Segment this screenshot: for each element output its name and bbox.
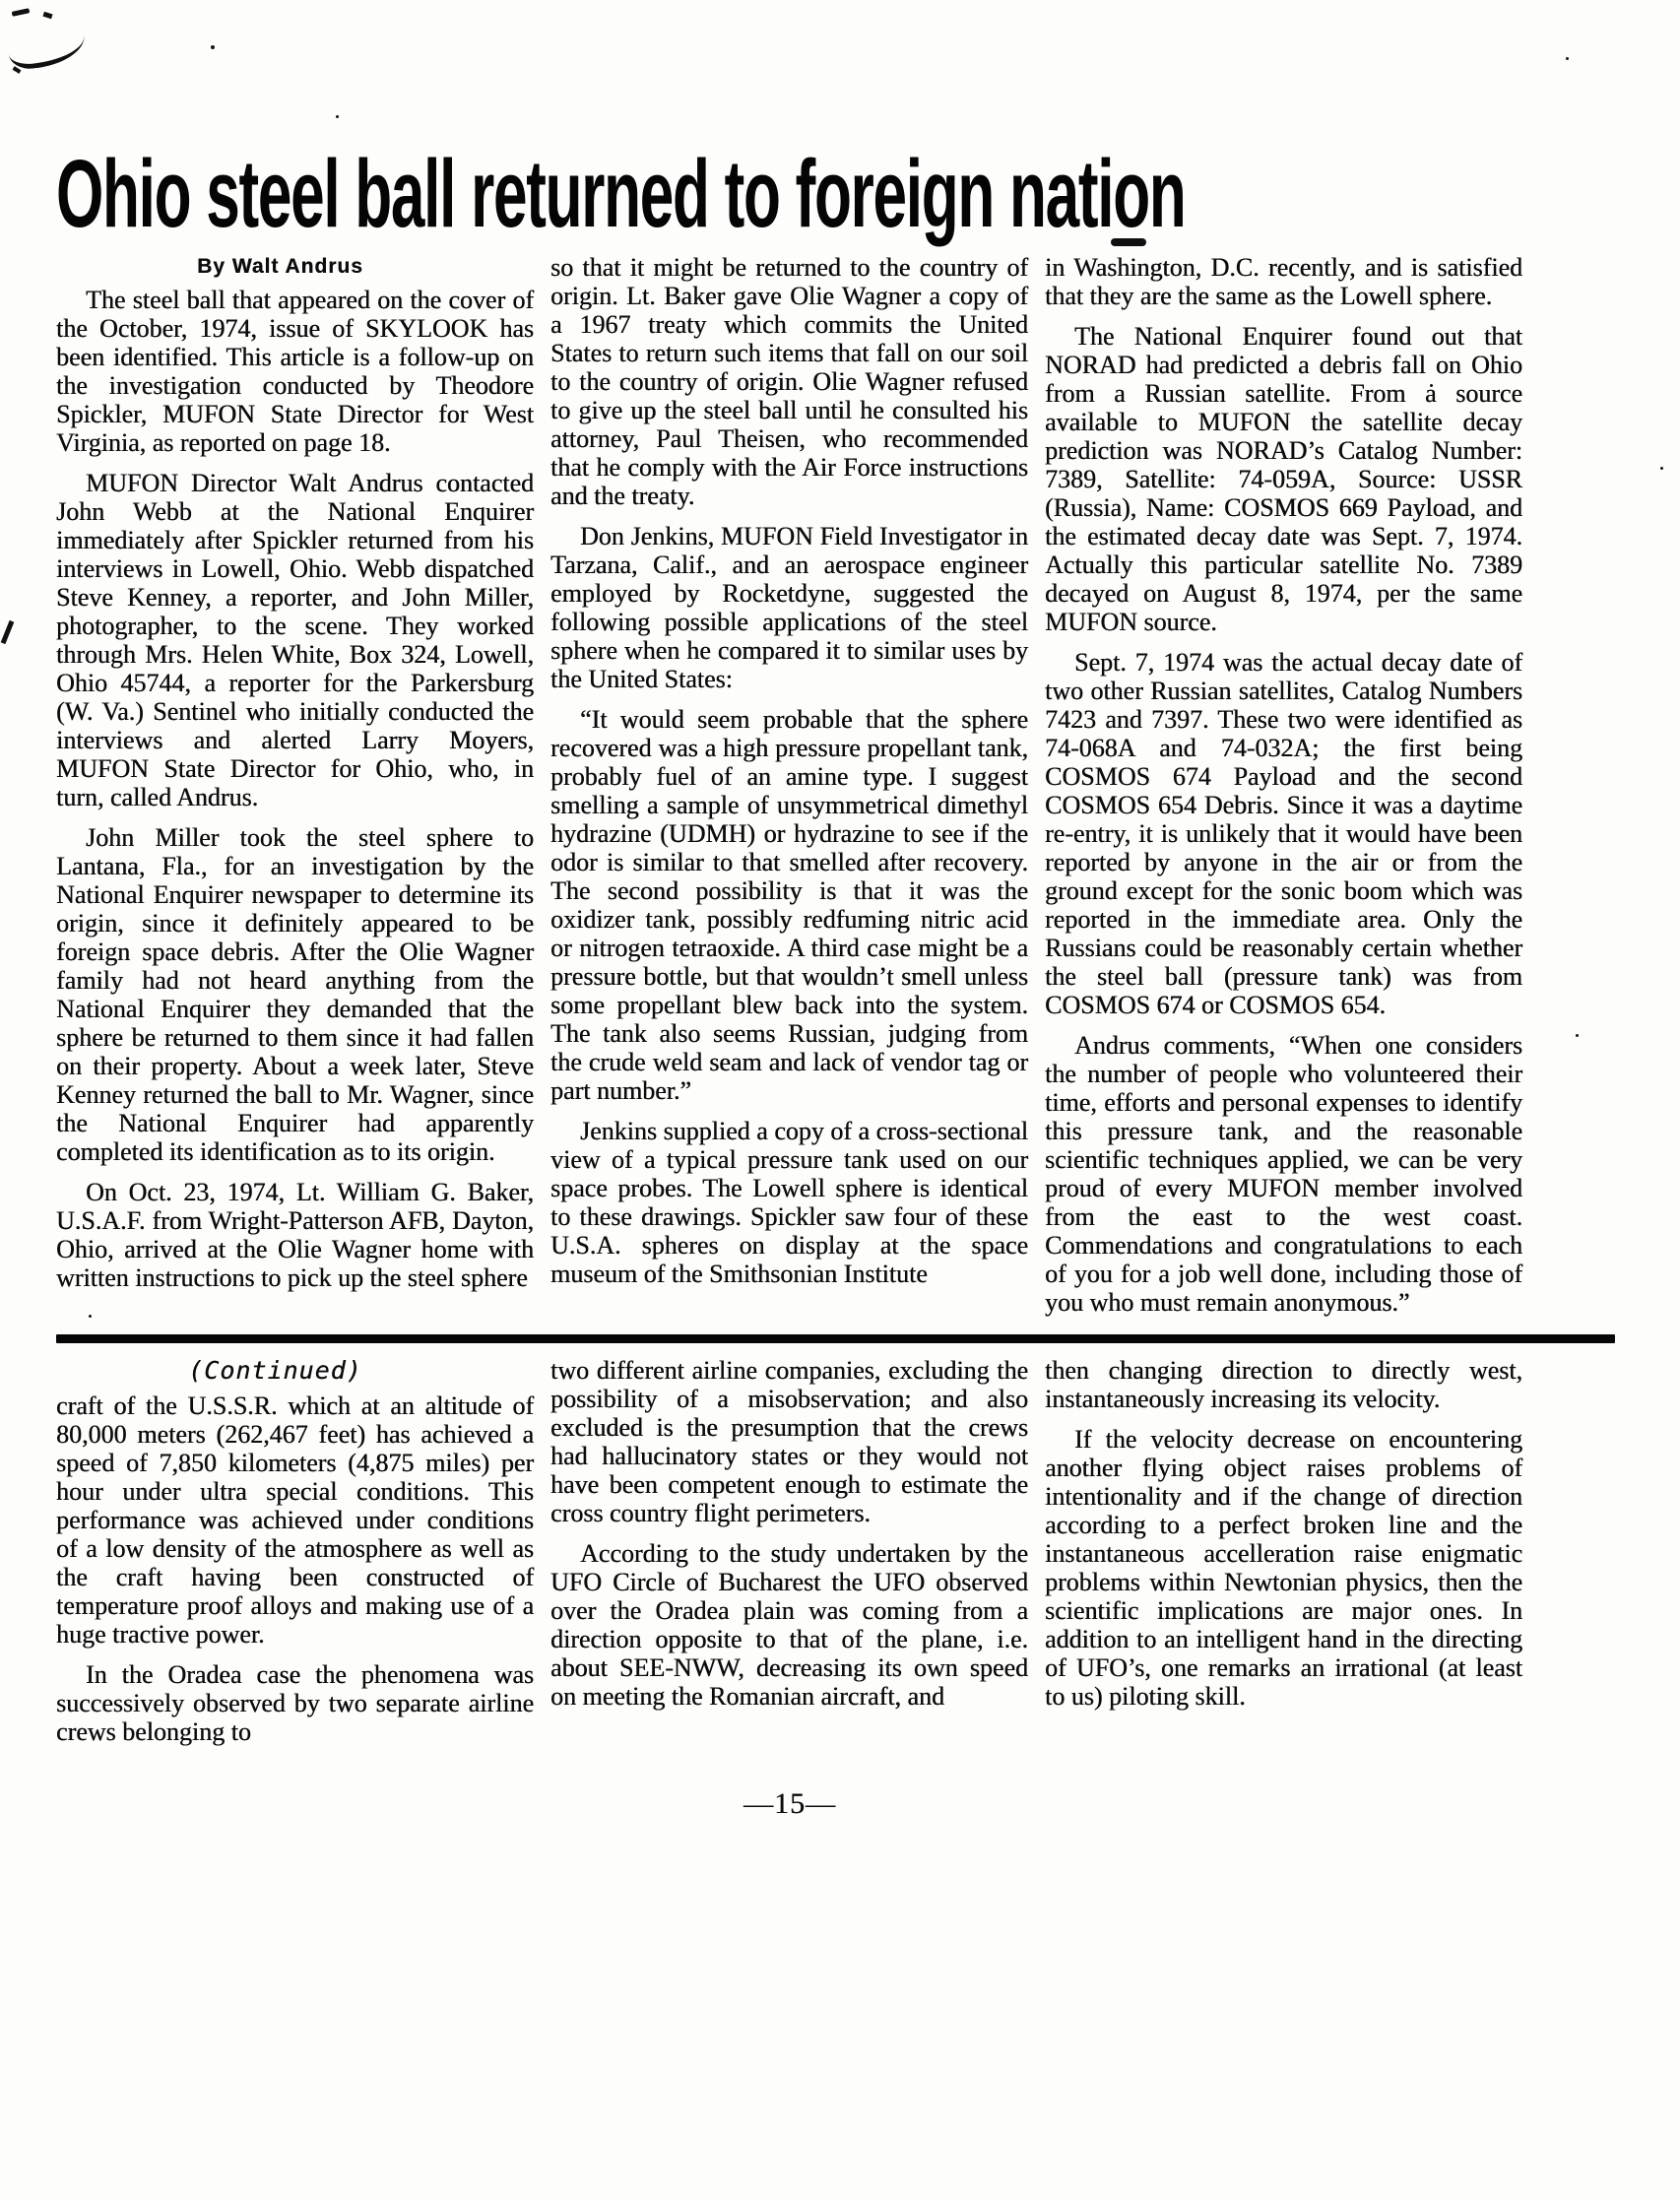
byline: By Walt Andrus [56, 255, 504, 279]
article-content: Ohio steel ball returned to foreign nati… [56, 146, 1523, 1821]
paragraph: Andrus comments, “When one considers the… [1045, 1031, 1522, 1317]
paragraph: Sept. 7, 1974 was the actual decay date … [1045, 648, 1522, 1019]
pen-mark [1, 620, 15, 644]
top-column-2: so that it might be returned to the coun… [550, 253, 1028, 1317]
paragraph: If the velocity decrease on encountering… [1045, 1425, 1522, 1711]
bottom-column-2: two different airline companies, excludi… [550, 1356, 1028, 1746]
bottom-column-1: (Continued) craft of the U.S.S.R. which … [56, 1356, 534, 1746]
newsletter-page: Ohio steel ball returned to foreign nati… [0, 0, 1680, 2200]
continued-label: (Continued) [56, 1356, 494, 1385]
top-column-1: By Walt Andrus The steel ball that appea… [56, 253, 534, 1317]
ink-speck [1660, 467, 1663, 470]
paragraph: John Miller took the steel sphere to Lan… [56, 823, 534, 1166]
paragraph: “It would seem probable that the sphere … [550, 705, 1028, 1105]
paragraph: The steel ball that appeared on the cove… [56, 286, 534, 457]
paragraph: Don Jenkins, MUFON Field Investigator in… [550, 522, 1028, 693]
section-divider [56, 1334, 1615, 1343]
article-bottom-section: (Continued) craft of the U.S.S.R. which … [56, 1356, 1523, 1746]
paragraph: so that it might be returned to the coun… [550, 253, 1028, 510]
article-top-section: By Walt Andrus The steel ball that appea… [56, 253, 1523, 1317]
bottom-column-3: then changing direction to directly west… [1045, 1356, 1522, 1746]
ink-speck [1576, 1034, 1579, 1037]
paragraph: In the Oradea case the phenomena was suc… [56, 1660, 534, 1746]
paragraph: in Washington, D.C. recently, and is sat… [1045, 253, 1522, 310]
paragraph: According to the study undertaken by the… [550, 1539, 1028, 1711]
page-number: —15— [56, 1787, 1523, 1821]
paragraph: Jenkins supplied a copy of a cross-secti… [550, 1117, 1028, 1288]
pen-mark [12, 8, 31, 17]
paragraph: two different airline companies, excludi… [550, 1356, 1028, 1527]
paragraph: then changing direction to directly west… [1045, 1356, 1522, 1413]
paragraph: The National Enquirer found out that NOR… [1045, 322, 1522, 636]
paragraph: On Oct. 23, 1974, Lt. William G. Baker, … [56, 1178, 534, 1292]
pen-mark [42, 12, 52, 20]
ink-speck [336, 115, 339, 118]
top-column-3: in Washington, D.C. recently, and is sat… [1045, 253, 1522, 1317]
pen-mark [8, 35, 87, 71]
ink-speck [211, 45, 215, 49]
paragraph: craft of the U.S.S.R. which at an altitu… [56, 1391, 534, 1649]
ink-speck [1566, 57, 1569, 60]
paragraph: MUFON Director Walt Andrus contacted Joh… [56, 469, 534, 811]
article-title: Ohio steel ball returned to foreign nati… [56, 146, 996, 241]
